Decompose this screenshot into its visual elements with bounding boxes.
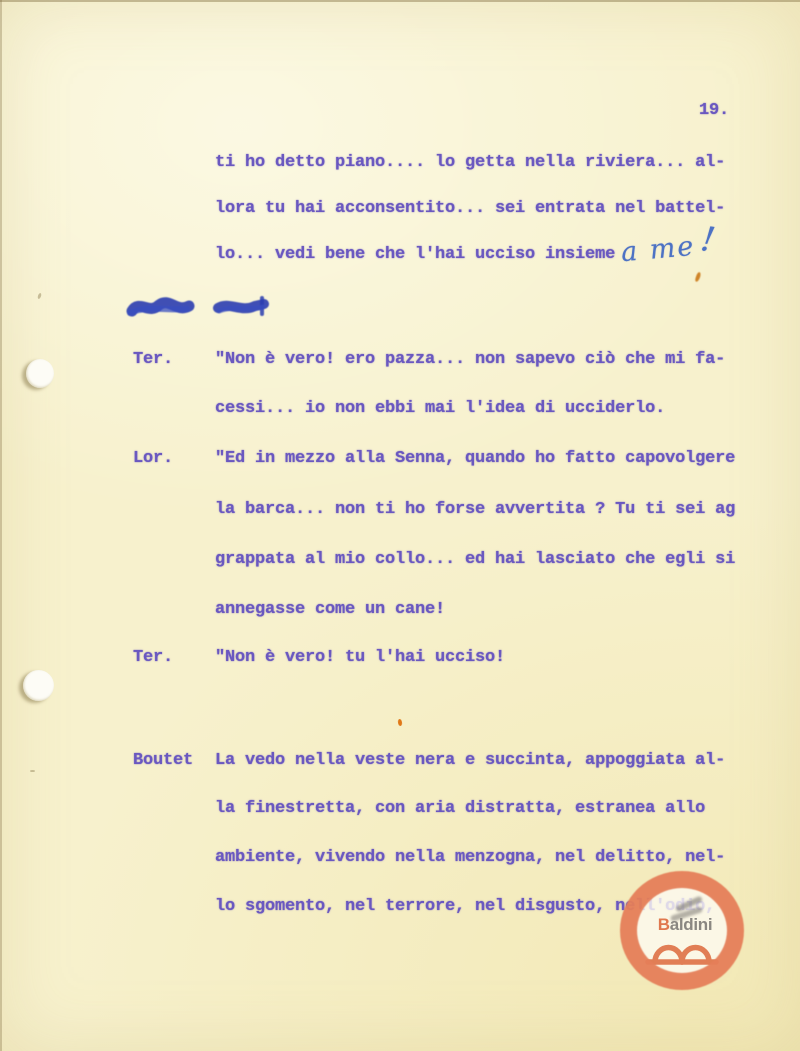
script-line: lora tu hai acconsentito... sei entrata … xyxy=(215,199,725,219)
script-line: ti ho detto piano.... lo getta nella riv… xyxy=(215,153,725,173)
script-line: "Non è vero! tu l'hai ucciso! xyxy=(215,648,505,668)
photo-edge-top xyxy=(0,0,800,2)
script-line: ambiente, vivendo nella menzogna, nel de… xyxy=(215,848,725,868)
speaker-label: Ter. xyxy=(133,350,173,370)
ink-speck xyxy=(398,719,403,726)
handwritten-exclamation: ! xyxy=(698,219,718,261)
baldini-stamp: Baldini xyxy=(620,871,744,990)
punch-hole xyxy=(23,670,54,701)
speaker-label: Boutet xyxy=(133,751,193,771)
strikethrough-scribble xyxy=(125,293,197,323)
script-line: La vedo nella veste nera e succinta, app… xyxy=(215,751,725,771)
strikethrough-scribble xyxy=(211,295,273,321)
speaker-label: Ter. xyxy=(133,648,173,668)
script-line: lo... vedi bene che l'hai ucciso insieme xyxy=(215,245,615,265)
punch-hole xyxy=(26,359,54,388)
paper-speck xyxy=(37,293,42,300)
stamp-ring xyxy=(620,871,744,990)
photo-edge-left xyxy=(0,0,2,1051)
script-line: grappata al mio collo... ed hai lasciato… xyxy=(215,550,735,570)
script-line: cessi... io non ebbi mai l'idea di uccid… xyxy=(215,399,665,419)
handwritten-annotation: a me xyxy=(620,231,697,268)
typescript-page: { "document": { "page_number": "19.", "c… xyxy=(0,0,800,1051)
script-line: "Ed in mezzo alla Senna, quando ho fatto… xyxy=(215,449,735,469)
speaker-label: Lor. xyxy=(133,449,173,469)
script-line: la barca... non ti ho forse avvertita ? … xyxy=(215,500,735,520)
page-number: 19. xyxy=(699,101,729,121)
script-line: annegasse come un cane! xyxy=(215,600,445,620)
paper-speck xyxy=(30,770,35,772)
pencil-tick-mark xyxy=(695,272,702,283)
script-line: "Non è vero! ero pazza... non sapevo ciò… xyxy=(215,350,725,370)
script-line: la finestretta, con aria distratta, estr… xyxy=(215,799,705,819)
